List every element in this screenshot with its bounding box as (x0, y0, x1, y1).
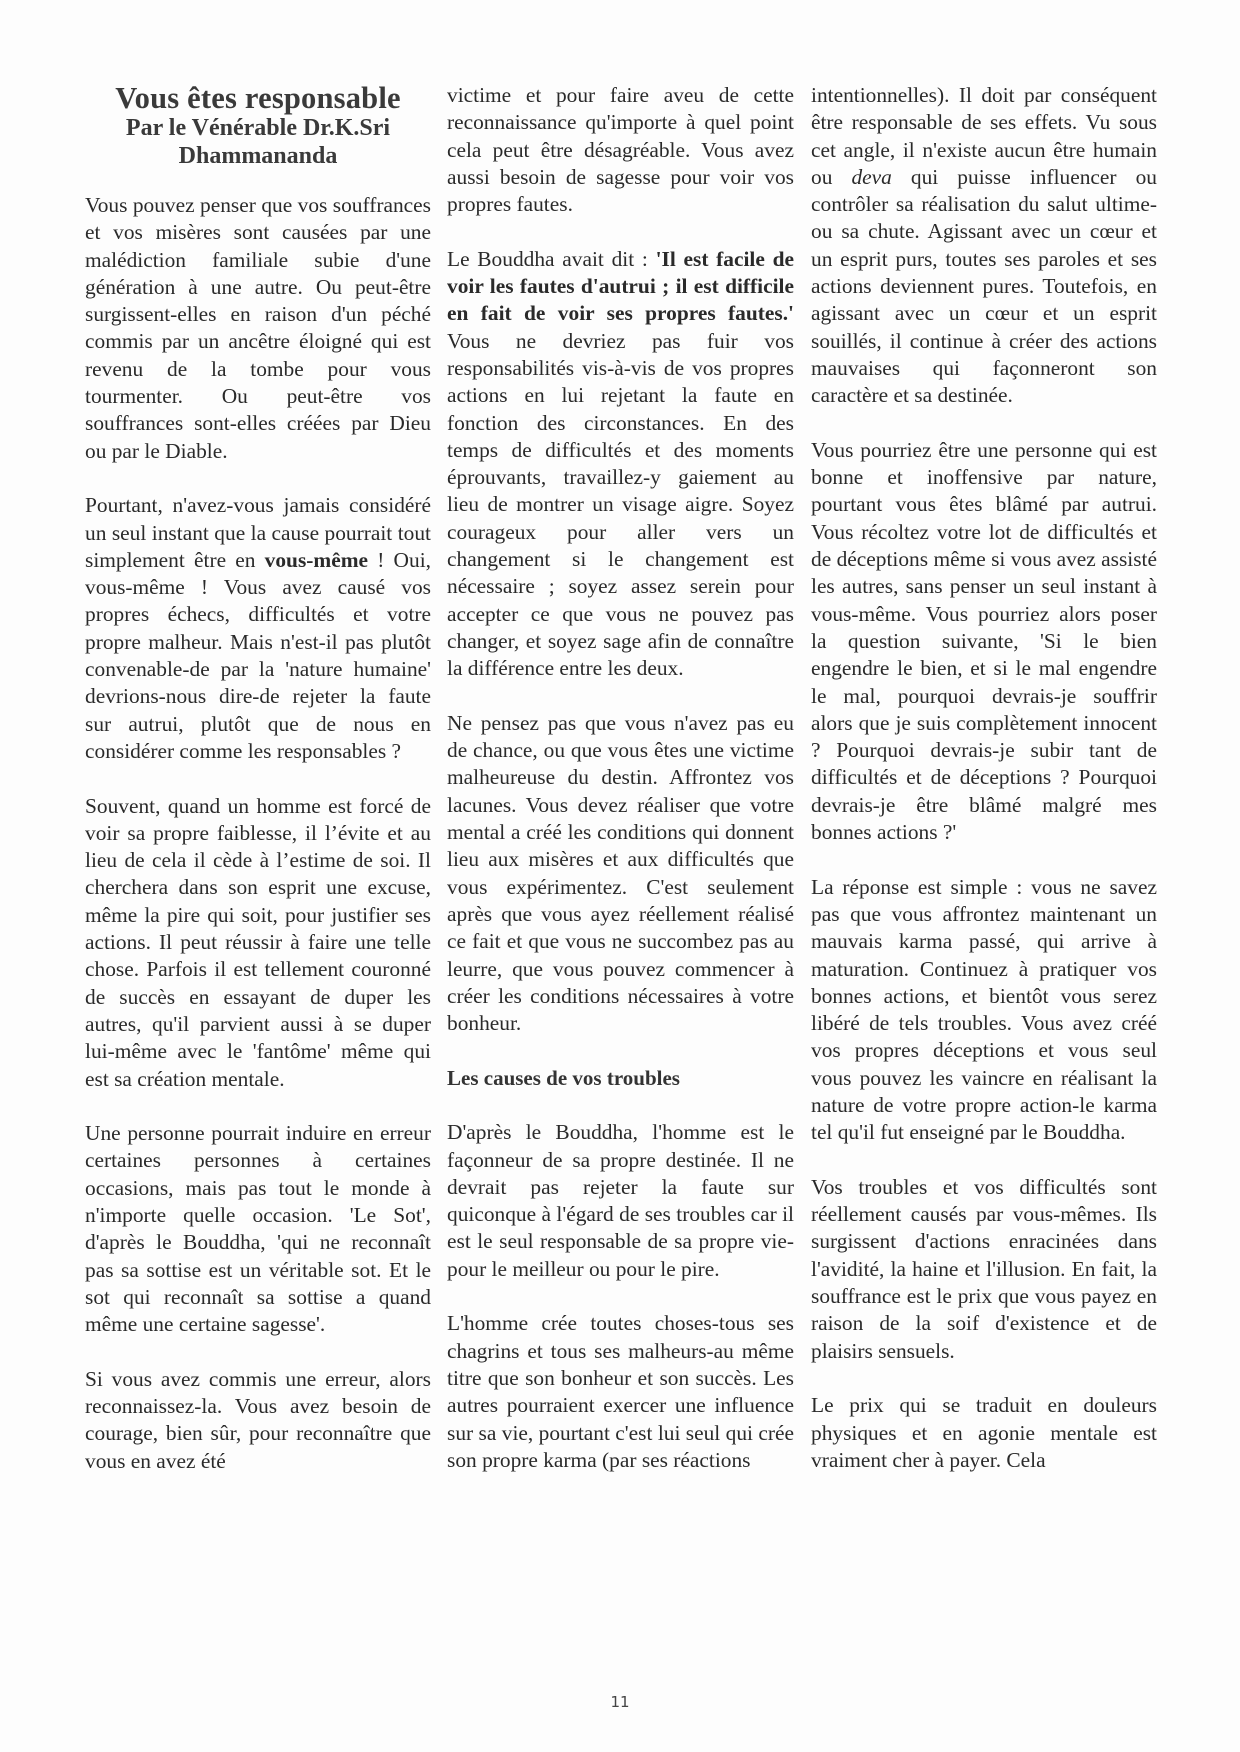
document-page: Vous êtes responsable Par le Vénérable D… (0, 0, 1240, 1752)
paragraph: Le Bouddha avait dit : 'Il est facile de… (447, 246, 794, 683)
text-run: Vous ne devriez pas fuir vos responsabil… (447, 329, 794, 681)
italic-term: deva (851, 165, 891, 189)
article-title: Vous êtes responsable (85, 82, 431, 114)
paragraph: L'homme crée toutes choses-tous ses chag… (447, 1310, 794, 1474)
emphasis-text: vous-même (265, 548, 368, 572)
paragraph: D'après le Bouddha, l'homme est le façon… (447, 1119, 794, 1283)
column-1: Vous êtes responsable Par le Vénérable D… (85, 82, 431, 1502)
section-heading: Les causes de vos troubles (447, 1065, 794, 1092)
text-run: qui puisse influencer ou contrôler sa ré… (811, 165, 1157, 407)
paragraph: Ne pensez pas que vous n'avez pas eu de … (447, 710, 794, 1038)
page-number: 11 (0, 1693, 1240, 1711)
paragraph: Pourtant, n'avez-vous jamais considéré u… (85, 492, 431, 765)
paragraph: Si vous avez commis une erreur, alors re… (85, 1366, 431, 1475)
paragraph: Souvent, quand un homme est forcé de voi… (85, 793, 431, 1093)
paragraph: intentionnelles). Il doit par conséquent… (811, 82, 1157, 410)
paragraph: Vous pouvez penser que vos souffrances e… (85, 192, 431, 465)
column-3: intentionnelles). Il doit par conséquent… (811, 82, 1157, 1501)
column-2: victime et pour faire aveu de cette reco… (447, 82, 794, 1501)
article-header: Vous êtes responsable Par le Vénérable D… (85, 82, 431, 170)
paragraph: La réponse est simple : vous ne savez pa… (811, 874, 1157, 1147)
paragraph: Vous pourriez être une personne qui est … (811, 437, 1157, 846)
paragraph: Vos troubles et vos difficultés sont rée… (811, 1174, 1157, 1365)
paragraph: Le prix qui se traduit en douleurs physi… (811, 1392, 1157, 1474)
paragraph: victime et pour faire aveu de cette reco… (447, 82, 794, 218)
article-byline: Par le Vénérable Dr.K.Sri Dhammananda (85, 114, 431, 170)
text-run: ! Oui, vous-même ! Vous avez causé vos p… (85, 548, 431, 763)
paragraph: Une personne pourrait induire en erreur … (85, 1120, 431, 1338)
text-run: Le Bouddha avait dit : (447, 247, 656, 271)
